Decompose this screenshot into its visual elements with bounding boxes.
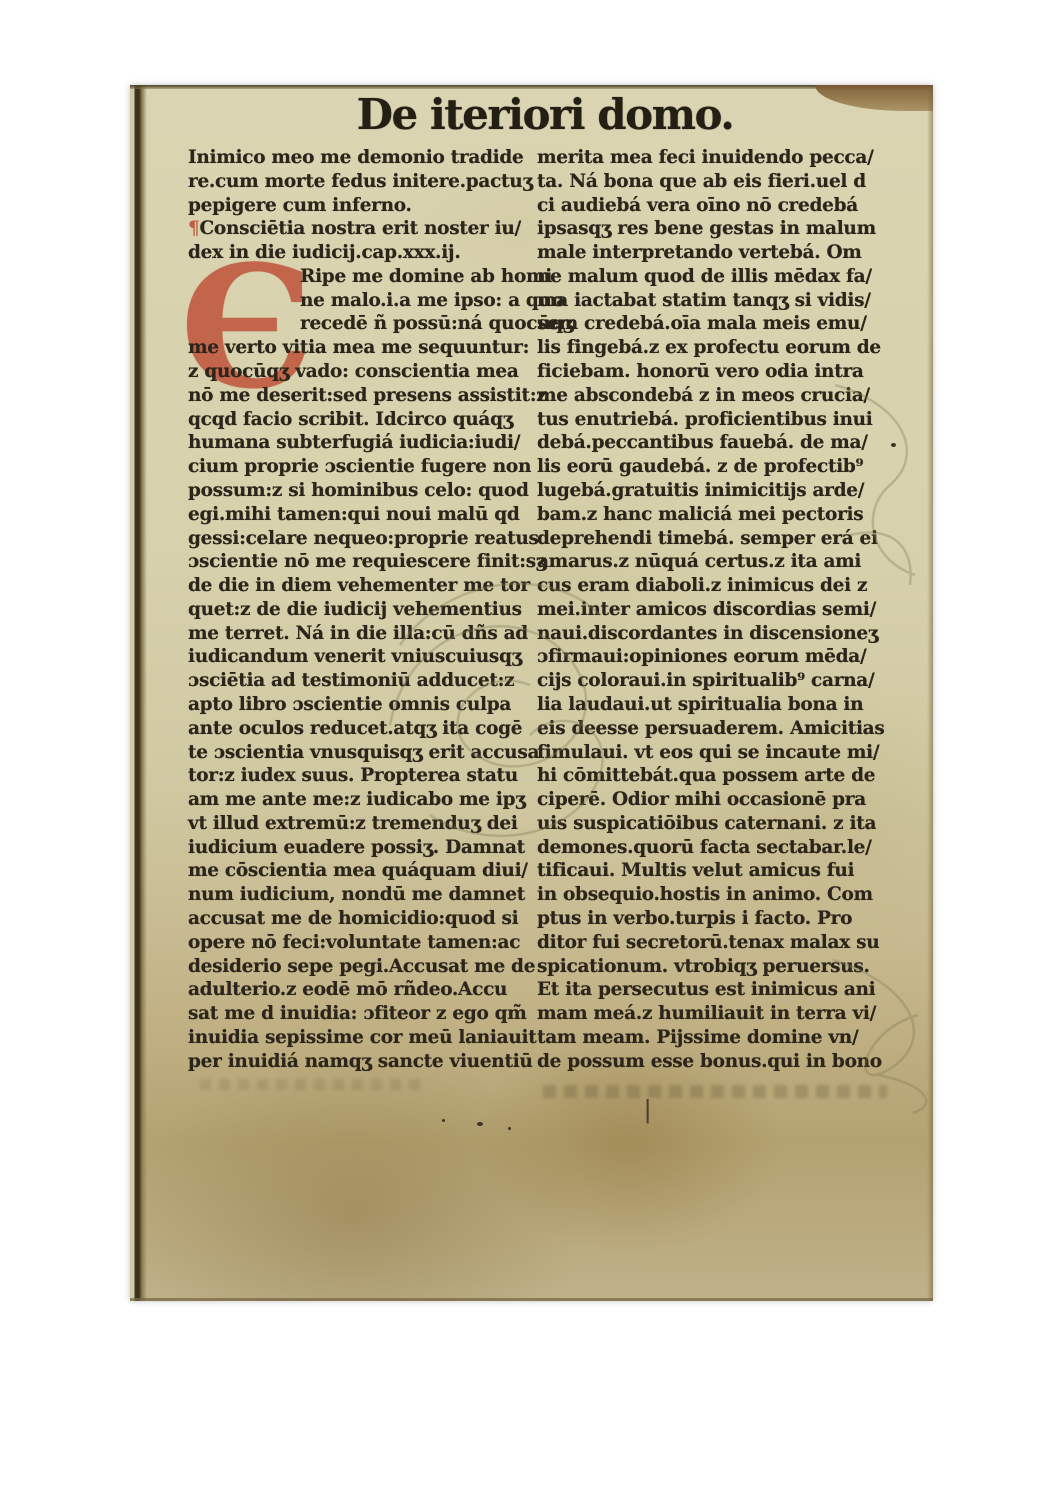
text-line: me verto vitia mea me sequuntur: xyxy=(188,336,540,360)
page-right-edge xyxy=(927,85,933,1301)
text-line: merita mea feci inuidendo pecca/ xyxy=(537,146,903,170)
text-line: humana subterfugiá iudicia:iudi/ xyxy=(188,431,540,455)
text-line: recedē ñ possū:ná quocūqʒ xyxy=(188,312,540,336)
page-title: De iteriori domo. xyxy=(335,90,755,139)
text-line: ma iactabat statim tanqʒ si vidis/ xyxy=(537,289,903,313)
page-top-edge xyxy=(130,85,933,89)
text-line: ptus in verbo.turpis i facto. Pro xyxy=(537,907,903,931)
text-line: accusat me de homicidio:quod si xyxy=(188,907,540,931)
text-line: re.cum morte fedus initere.pactuʒ xyxy=(188,170,540,194)
text-line: male interpretando vertebá. Om xyxy=(537,241,903,265)
text-line: sat me d inuidia: ɔfiteor z ego qm̃ xyxy=(188,1002,540,1026)
book-page-photo: De iteriori domo. Є Inimico meo me demon… xyxy=(130,85,933,1301)
text-line: ne malo.i.a me ipso: a quo xyxy=(188,289,540,313)
text-line: Ripe me domine ab homi xyxy=(188,265,540,289)
pen-flourish xyxy=(818,945,948,1115)
text-line: possum:z si hominibus celo: quod xyxy=(188,479,540,503)
text-line: ta. Ná bona que ab eis fieri.uel d xyxy=(537,170,903,194)
text-line: desiderio sepe pegi.Accusat me de xyxy=(188,955,540,979)
text-line: lis fingebá.z ex profectu eorum de xyxy=(537,336,903,360)
text-line: in obsequio.hostis in animo. Com xyxy=(537,883,903,907)
text-line: egi.mihi tamen:qui noui malū qd xyxy=(188,503,540,527)
signature-mark: | xyxy=(644,1095,651,1124)
paragraph-mark: ¶ xyxy=(188,218,199,239)
text-line: dex in die iudicij.cap.xxx.ij. xyxy=(188,241,540,265)
board-corner xyxy=(815,85,933,111)
show-through-left xyxy=(200,1079,428,1090)
binding-edge xyxy=(130,85,147,1301)
pen-flourish xyxy=(820,375,935,605)
text-line: ci audiebá vera oīno nō credebá xyxy=(537,194,903,218)
text-line: per inuidiá namqʒ sancte viuentiū xyxy=(188,1050,540,1074)
text-line: num iudicium, nondū me damnet xyxy=(188,883,540,907)
text-line: z quocūqʒ vado: conscientia mea xyxy=(188,360,540,384)
text-line: qcqd facio scribit. Idcirco quáqʒ xyxy=(188,408,540,432)
ink-speck xyxy=(442,1119,445,1122)
text-line: gessi:celare nequeo:proprie reatus xyxy=(188,527,540,551)
text-line: inuidia sepissime cor meū laniauit xyxy=(188,1026,540,1050)
text-line: adulterio.z eodē mō rñdeo.Accu xyxy=(188,978,540,1002)
screenshot-root: { "document": { "heading": "De iteriori … xyxy=(0,0,1060,1500)
text-line: nō me deserit:sed presens assistit:z xyxy=(188,384,540,408)
text-line: ¶Consciētia nostra erit noster iu/ xyxy=(188,217,540,241)
text-line: pepigere cum inferno. xyxy=(188,194,540,218)
text-line: Inimico meo me demonio tradide xyxy=(188,146,540,170)
text-line: opere nō feci:voluntate tamen:ac xyxy=(188,931,540,955)
text-line: ipsasqʒ res bene gestas in malum xyxy=(537,217,903,241)
ink-speck xyxy=(477,1122,483,1126)
pen-flourish xyxy=(370,555,630,875)
text-line: cium proprie ɔscientie fugere non xyxy=(188,455,540,479)
ink-speck xyxy=(508,1127,511,1130)
text-line: ne malum quod de illis mēdax fa/ xyxy=(537,265,903,289)
text-line: sem credebá.oīa mala meis emu/ xyxy=(537,312,903,336)
page-bottom-edge xyxy=(130,1298,933,1301)
